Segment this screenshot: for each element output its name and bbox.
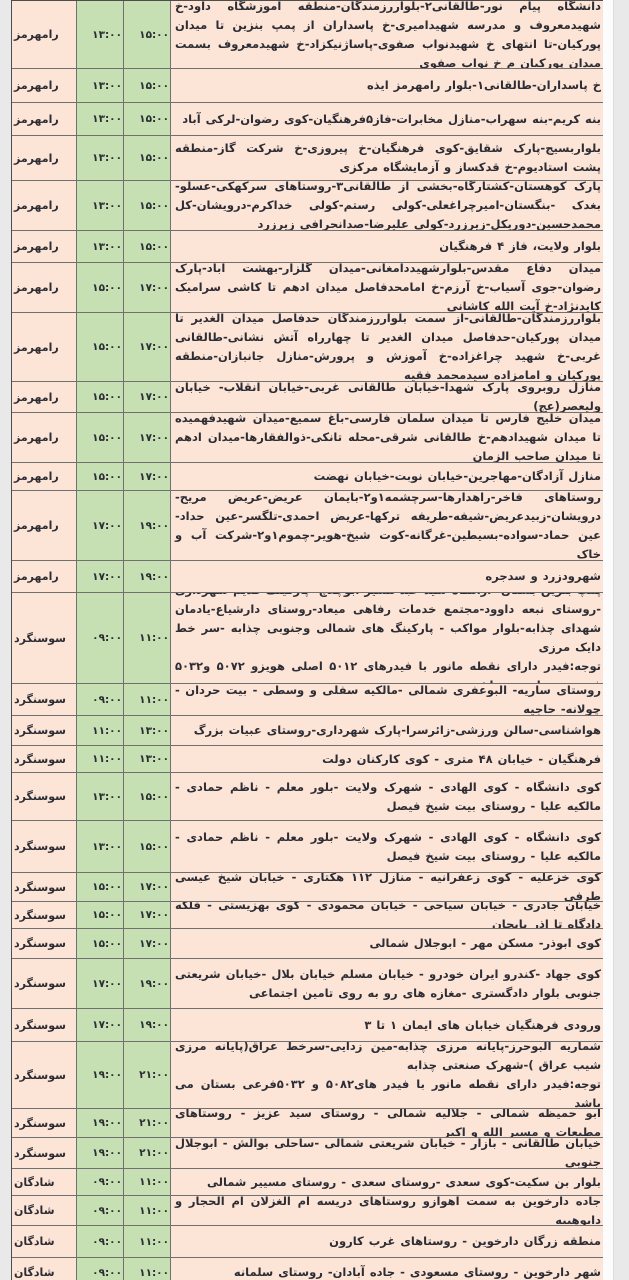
table-row: رامهرمز ۱۳:۰۰ ۱۵:۰۰ خ پاسداران-طالقانی۱-… — [12, 69, 604, 103]
area-description-cell: بلوار ولایت، فاز ۴ فرهنگیان — [171, 231, 604, 262]
start-time-cell: ۱۳:۰۰ — [77, 231, 124, 262]
start-time-cell: ۰۹:۰۰ — [77, 1226, 124, 1257]
table-row: رامهرمز ۱۳:۰۰ ۱۵:۰۰ پارک کوهستان-کشتارگا… — [12, 181, 604, 231]
screenshot-root: رامهرمز ۱۳:۰۰ ۱۵:۰۰ دانشگاه پیام نور-طال… — [0, 0, 629, 1280]
start-time-cell: ۱۱:۰۰ — [77, 716, 124, 745]
area-description-text: بلوار بن سکیت-کوی سعدی -روستای سعدی - رو… — [175, 1173, 601, 1192]
start-time-cell: ۱۳:۰۰ — [77, 1, 124, 68]
area-description-text: جاده دارخوین به سمت اهوازو روستاهای دریس… — [175, 1196, 601, 1225]
area-description-cell: شهرودزرد و سدجره — [171, 561, 604, 592]
city-cell: سوسنگرد — [12, 684, 77, 715]
city-cell: رامهرمز — [12, 491, 77, 560]
end-time-cell: ۲۱:۰۰ — [124, 1138, 171, 1168]
area-description-text: پمپ بنزین بستان -آرامگاه سید عبد-مسیر اب… — [175, 593, 601, 683]
end-time-cell: ۱۵:۰۰ — [124, 103, 171, 135]
area-description-text: منطقه زرگان دارخوین - روستاهای غرب کارون — [175, 1232, 601, 1251]
city-cell: شادگان — [12, 1196, 77, 1225]
table-row: شادگان ۰۹:۰۰ ۱۱:۰۰ بلوار بن سکیت-کوی سعد… — [12, 1169, 604, 1196]
end-time-cell: ۱۹:۰۰ — [124, 959, 171, 1008]
start-time-cell: ۱۳:۰۰ — [77, 773, 124, 820]
area-description-cell: ابو حمیظه شمالی - جلالیه شمالی - روستای … — [171, 1109, 604, 1137]
city-cell: سوسنگرد — [12, 873, 77, 901]
end-time-cell: ۱۳:۰۰ — [124, 716, 171, 745]
area-description-text: هواشناسی-سالن ورزشی-زائرسرا-پارک شهرداری… — [175, 721, 601, 740]
city-cell: رامهرمز — [12, 463, 77, 490]
area-description-text: روستای ساریه- البوعفری شمالی -مالکیه سفل… — [175, 684, 601, 715]
city-cell: رامهرمز — [12, 181, 77, 230]
page-right-margin — [614, 0, 629, 1280]
end-time-cell: ۱۷:۰۰ — [124, 263, 171, 312]
city-cell: سوسنگرد — [12, 716, 77, 745]
table-row: سوسنگرد ۱۷:۰۰ ۱۹:۰۰ ورودی فرهنگیان خیابا… — [12, 1009, 604, 1042]
area-description-cell: پمپ بنزین بستان -آرامگاه سید عبد-مسیر اب… — [171, 593, 604, 683]
start-time-cell: ۱۵:۰۰ — [77, 929, 124, 958]
area-description-cell: جاده دارخوین به سمت اهوازو روستاهای دریس… — [171, 1196, 604, 1225]
start-time-cell: ۱۳:۰۰ — [77, 103, 124, 135]
table-row: سوسنگرد ۱۳:۰۰ ۱۵:۰۰ کوی دانشگاه - کوی ال… — [12, 821, 604, 873]
area-description-text: روستاهای فاخر-راهدارها-سرچشمه۱و۲-بایمان … — [175, 491, 601, 560]
area-description-cell: بلوار بن سکیت-کوی سعدی -روستای سعدی - رو… — [171, 1169, 604, 1195]
area-description-cell: پارک کوهستان-کشتارگاه-بخشی از طالقانی۳-ر… — [171, 181, 604, 230]
city-cell: سوسنگرد — [12, 1138, 77, 1168]
table-row: رامهرمز ۱۳:۰۰ ۱۵:۰۰ دانشگاه پیام نور-طال… — [12, 1, 604, 69]
end-time-cell: ۱۷:۰۰ — [124, 463, 171, 490]
area-description-cell: شهر دارخوین - روستای مسعودی - جاده آبادا… — [171, 1258, 604, 1280]
area-description-cell: روستاهای فاخر-راهدارها-سرچشمه۱و۲-بایمان … — [171, 491, 604, 560]
city-cell: سوسنگرد — [12, 929, 77, 958]
end-time-cell: ۱۷:۰۰ — [124, 382, 171, 412]
page-left-margin — [0, 0, 11, 1280]
city-cell: سوسنگرد — [12, 902, 77, 928]
table-row: رامهرمز ۱۵:۰۰ ۱۷:۰۰ میدان دفاع مقدس-بلوا… — [12, 263, 604, 313]
table-row: رامهرمز ۱۵:۰۰ ۱۷:۰۰ منازل روبروی پارک شه… — [12, 382, 604, 413]
area-description-text: بنه کریم-بنه سهراب-منازل مخابرات-فاز۵فره… — [175, 110, 601, 129]
city-cell: رامهرمز — [12, 413, 77, 462]
start-time-cell: ۰۹:۰۰ — [77, 1196, 124, 1225]
start-time-cell: ۰۹:۰۰ — [77, 684, 124, 715]
start-time-cell: ۱۳:۰۰ — [77, 181, 124, 230]
right-gutter — [603, 0, 614, 1280]
area-description-text: ورودی فرهنگیان خیابان های ایمان ۱ تا ۳ — [175, 1016, 601, 1035]
start-time-cell: ۱۹:۰۰ — [77, 1138, 124, 1168]
end-time-cell: ۱۷:۰۰ — [124, 313, 171, 381]
area-description-text: شهرودزرد و سدجره — [175, 567, 601, 586]
table-row: رامهرمز ۱۳:۰۰ ۱۵:۰۰ بلواربسیج-پارک شقایق… — [12, 136, 604, 181]
start-time-cell: ۱۷:۰۰ — [77, 561, 124, 592]
start-time-cell: ۱۷:۰۰ — [77, 491, 124, 560]
end-time-cell: ۱۵:۰۰ — [124, 231, 171, 262]
end-time-cell: ۱۷:۰۰ — [124, 873, 171, 901]
area-description-cell: میدان دفاع مقدس-بلوارشهیددامغانی-میدان گ… — [171, 263, 604, 312]
table-row: رامهرمز ۱۷:۰۰ ۱۹:۰۰ روستاهای فاخر-راهدار… — [12, 491, 604, 561]
end-time-cell: ۲۱:۰۰ — [124, 1042, 171, 1108]
area-description-cell: کوی ابوذر- مسکن مهر - ابوجلال شمالی — [171, 929, 604, 958]
area-description-cell: منازل روبروی پارک شهدا-خیابان طالقانی غر… — [171, 382, 604, 412]
area-description-text: خ پاسداران-طالقانی۱-بلوار رامهرمز ایذه — [175, 76, 601, 95]
area-description-text: شماریه البوحرز-پایانه مرزی چذابه-مین زدا… — [175, 1042, 601, 1108]
end-time-cell: ۱۵:۰۰ — [124, 181, 171, 230]
table-row: سوسنگرد ۱۳:۰۰ ۱۵:۰۰ کوی دانشگاه - کوی ال… — [12, 773, 604, 821]
area-description-text: فرهنگیان - خیابان ۴۸ متری - کوی کارکنان … — [175, 750, 601, 769]
end-time-cell: ۱۵:۰۰ — [124, 1, 171, 68]
area-description-cell: کوی خزعلیه - کوی زعفرانیه - منازل ۱۱۲ هک… — [171, 873, 604, 901]
table-row: رامهرمز ۱۵:۰۰ ۱۷:۰۰ منازل آزادگان-مهاجری… — [12, 463, 604, 491]
area-description-text: خیابان جادری - خیابان سیاحی - خیابان محم… — [175, 902, 601, 928]
table-row: سوسنگرد ۱۹:۰۰ ۲۱:۰۰ شماریه البوحرز-پایان… — [12, 1042, 604, 1109]
area-description-cell: بلواررزمندگان-طالقانی-از سمت بلواررزمندگ… — [171, 313, 604, 381]
end-time-cell: ۱۵:۰۰ — [124, 773, 171, 820]
table-row: سوسنگرد ۰۹:۰۰ ۱۱:۰۰ پمپ بنزین بستان -آرا… — [12, 593, 604, 684]
start-time-cell: ۱۳:۰۰ — [77, 136, 124, 180]
start-time-cell: ۱۵:۰۰ — [77, 463, 124, 490]
area-description-text: منازل روبروی پارک شهدا-خیابان طالقانی غر… — [175, 382, 601, 412]
start-time-cell: ۱۵:۰۰ — [77, 263, 124, 312]
end-time-cell: ۱۱:۰۰ — [124, 593, 171, 683]
start-time-cell: ۰۹:۰۰ — [77, 1258, 124, 1280]
table-row: شادگان ۰۹:۰۰ ۱۱:۰۰ جاده دارخوین به سمت ا… — [12, 1196, 604, 1226]
end-time-cell: ۱۷:۰۰ — [124, 902, 171, 928]
start-time-cell: ۱۱:۰۰ — [77, 746, 124, 772]
area-description-text: بلوار ولایت، فاز ۴ فرهنگیان — [175, 237, 601, 256]
end-time-cell: ۲۱:۰۰ — [124, 1109, 171, 1137]
area-description-text: کوی جهاد -کندرو ایران خودرو - خیابان مسل… — [175, 965, 601, 1003]
area-description-cell: خیابان جادری - خیابان سیاحی - خیابان محم… — [171, 902, 604, 928]
area-description-cell: کوی دانشگاه - کوی الهادی - شهرک ولایت -ب… — [171, 821, 604, 872]
area-description-text: کوی دانشگاه - کوی الهادی - شهرک ولایت -ب… — [175, 828, 601, 866]
end-time-cell: ۱۵:۰۰ — [124, 136, 171, 180]
city-cell: سوسنگرد — [12, 773, 77, 820]
area-description-cell: شماریه البوحرز-پایانه مرزی چذابه-مین زدا… — [171, 1042, 604, 1108]
table-row: سوسنگرد ۱۷:۰۰ ۱۹:۰۰ کوی جهاد -کندرو ایرا… — [12, 959, 604, 1009]
city-cell: سوسنگرد — [12, 746, 77, 772]
start-time-cell: ۱۷:۰۰ — [77, 1009, 124, 1041]
area-description-cell: منازل آزادگان-مهاجرین-خیابان نوبت-خیابان… — [171, 463, 604, 490]
area-description-text: کوی ابوذر- مسکن مهر - ابوجلال شمالی — [175, 934, 601, 953]
area-description-cell: بنه کریم-بنه سهراب-منازل مخابرات-فاز۵فره… — [171, 103, 604, 135]
area-description-cell: میدان خلیج فارس تا میدان سلمان فارسی-باغ… — [171, 413, 604, 462]
table-row: رامهرمز ۱۳:۰۰ ۱۵:۰۰ بنه کریم-بنه سهراب-م… — [12, 103, 604, 136]
table-row: سوسنگرد ۱۵:۰۰ ۱۷:۰۰ کوی ابوذر- مسکن مهر … — [12, 929, 604, 959]
start-time-cell: ۱۹:۰۰ — [77, 1109, 124, 1137]
start-time-cell: ۱۵:۰۰ — [77, 382, 124, 412]
end-time-cell: ۱۵:۰۰ — [124, 69, 171, 102]
end-time-cell: ۱۷:۰۰ — [124, 929, 171, 958]
city-cell: رامهرمز — [12, 382, 77, 412]
city-cell: رامهرمز — [12, 69, 77, 102]
end-time-cell: ۱۹:۰۰ — [124, 561, 171, 592]
start-time-cell: ۱۳:۰۰ — [77, 821, 124, 872]
outage-schedule-table: رامهرمز ۱۳:۰۰ ۱۵:۰۰ دانشگاه پیام نور-طال… — [11, 0, 605, 1280]
area-description-text: پارک کوهستان-کشتارگاه-بخشی از طالقانی۳-ر… — [175, 181, 601, 230]
area-description-cell: هواشناسی-سالن ورزشی-زائرسرا-پارک شهرداری… — [171, 716, 604, 745]
start-time-cell: ۰۹:۰۰ — [77, 1169, 124, 1195]
area-description-text: دانشگاه پیام نور-طالقانی۲-بلواررزمندگان-… — [175, 1, 601, 68]
start-time-cell: ۱۷:۰۰ — [77, 959, 124, 1008]
area-description-cell: منطقه زرگان دارخوین - روستاهای غرب کارون — [171, 1226, 604, 1257]
area-description-text: میدان خلیج فارس تا میدان سلمان فارسی-باغ… — [175, 413, 601, 462]
table-row: سوسنگرد ۱۹:۰۰ ۲۱:۰۰ ابو حمیظه شمالی - جل… — [12, 1109, 604, 1138]
table-row: سوسنگرد ۰۹:۰۰ ۱۱:۰۰ روستای ساریه- البوعف… — [12, 684, 604, 716]
end-time-cell: ۱۳:۰۰ — [124, 746, 171, 772]
area-description-text: کوی خزعلیه - کوی زعفرانیه - منازل ۱۱۲ هک… — [175, 873, 601, 901]
city-cell: سوسنگرد — [12, 1009, 77, 1041]
start-time-cell: ۱۳:۰۰ — [77, 69, 124, 102]
table-row: شادگان ۰۹:۰۰ ۱۱:۰۰ شهر دارخوین - روستای … — [12, 1258, 604, 1280]
area-description-text: شهر دارخوین - روستای مسعودی - جاده آبادا… — [175, 1263, 601, 1280]
end-time-cell: ۱۷:۰۰ — [124, 413, 171, 462]
area-description-cell: خیابان طالقانی - بازار - خیابان شریعتی ش… — [171, 1138, 604, 1168]
table-row: سوسنگرد ۱۱:۰۰ ۱۳:۰۰ هواشناسی-سالن ورزشی-… — [12, 716, 604, 746]
start-time-cell: ۱۵:۰۰ — [77, 902, 124, 928]
area-description-text: بلواررزمندگان-طالقانی-از سمت بلواررزمندگ… — [175, 313, 601, 381]
area-description-text: ابو حمیظه شمالی - جلالیه شمالی - روستای … — [175, 1109, 601, 1137]
table-row: رامهرمز ۱۳:۰۰ ۱۵:۰۰ بلوار ولایت، فاز ۴ ف… — [12, 231, 604, 263]
start-time-cell: ۰۹:۰۰ — [77, 593, 124, 683]
end-time-cell: ۱۹:۰۰ — [124, 491, 171, 560]
area-description-text: خیابان طالقانی - بازار - خیابان شریعتی ش… — [175, 1138, 601, 1168]
end-time-cell: ۱۱:۰۰ — [124, 1196, 171, 1225]
table-row: رامهرمز ۱۵:۰۰ ۱۷:۰۰ بلواررزمندگان-طالقان… — [12, 313, 604, 382]
table-row: سوسنگرد ۱۹:۰۰ ۲۱:۰۰ خیابان طالقانی - باز… — [12, 1138, 604, 1169]
table-row: سوسنگرد ۱۵:۰۰ ۱۷:۰۰ خیابان جادری - خیابا… — [12, 902, 604, 929]
end-time-cell: ۱۱:۰۰ — [124, 1258, 171, 1280]
area-description-cell: بلواربسیج-پارک شقایق-کوی فرهنگیان-خ پیرو… — [171, 136, 604, 180]
area-description-text: بلواربسیج-پارک شقایق-کوی فرهنگیان-خ پیرو… — [175, 139, 601, 177]
table-row: رامهرمز ۱۵:۰۰ ۱۷:۰۰ میدان خلیج فارس تا م… — [12, 413, 604, 463]
area-description-text: منازل آزادگان-مهاجرین-خیابان نوبت-خیابان… — [175, 467, 601, 486]
table-row: شادگان ۰۹:۰۰ ۱۱:۰۰ منطقه زرگان دارخوین -… — [12, 1226, 604, 1258]
area-description-cell: فرهنگیان - خیابان ۴۸ متری - کوی کارکنان … — [171, 746, 604, 772]
end-time-cell: ۱۱:۰۰ — [124, 1226, 171, 1257]
end-time-cell: ۱۱:۰۰ — [124, 1169, 171, 1195]
area-description-text: میدان دفاع مقدس-بلوارشهیددامغانی-میدان گ… — [175, 263, 601, 312]
city-cell: سوسنگرد — [12, 1042, 77, 1108]
end-time-cell: ۱۹:۰۰ — [124, 1009, 171, 1041]
end-time-cell: ۱۵:۰۰ — [124, 821, 171, 872]
city-cell: سوسنگرد — [12, 821, 77, 872]
city-cell: رامهرمز — [12, 103, 77, 135]
start-time-cell: ۱۵:۰۰ — [77, 873, 124, 901]
city-cell: رامهرمز — [12, 313, 77, 381]
area-description-cell: کوی جهاد -کندرو ایران خودرو - خیابان مسل… — [171, 959, 604, 1008]
city-cell: رامهرمز — [12, 561, 77, 592]
area-description-cell: روستای ساریه- البوعفری شمالی -مالکیه سفل… — [171, 684, 604, 715]
table-row: رامهرمز ۱۷:۰۰ ۱۹:۰۰ شهرودزرد و سدجره — [12, 561, 604, 593]
area-description-text: کوی دانشگاه - کوی الهادی - شهرک ولایت -ب… — [175, 778, 601, 816]
start-time-cell: ۱۹:۰۰ — [77, 1042, 124, 1108]
area-description-cell: خ پاسداران-طالقانی۱-بلوار رامهرمز ایذه — [171, 69, 604, 102]
city-cell: سوسنگرد — [12, 593, 77, 683]
city-cell: رامهرمز — [12, 263, 77, 312]
area-description-cell: کوی دانشگاه - کوی الهادی - شهرک ولایت -ب… — [171, 773, 604, 820]
table-row: سوسنگرد ۱۵:۰۰ ۱۷:۰۰ کوی خزعلیه - کوی زعف… — [12, 873, 604, 902]
city-cell: شادگان — [12, 1258, 77, 1280]
area-description-cell: دانشگاه پیام نور-طالقانی۲-بلواررزمندگان-… — [171, 1, 604, 68]
start-time-cell: ۱۵:۰۰ — [77, 313, 124, 381]
city-cell: رامهرمز — [12, 136, 77, 180]
city-cell: سوسنگرد — [12, 1109, 77, 1137]
city-cell: شادگان — [12, 1226, 77, 1257]
end-time-cell: ۱۱:۰۰ — [124, 684, 171, 715]
start-time-cell: ۱۵:۰۰ — [77, 413, 124, 462]
city-cell: رامهرمز — [12, 231, 77, 262]
city-cell: رامهرمز — [12, 1, 77, 68]
city-cell: شادگان — [12, 1169, 77, 1195]
area-description-cell: ورودی فرهنگیان خیابان های ایمان ۱ تا ۳ — [171, 1009, 604, 1041]
city-cell: سوسنگرد — [12, 959, 77, 1008]
table-row: سوسنگرد ۱۱:۰۰ ۱۳:۰۰ فرهنگیان - خیابان ۴۸… — [12, 746, 604, 773]
